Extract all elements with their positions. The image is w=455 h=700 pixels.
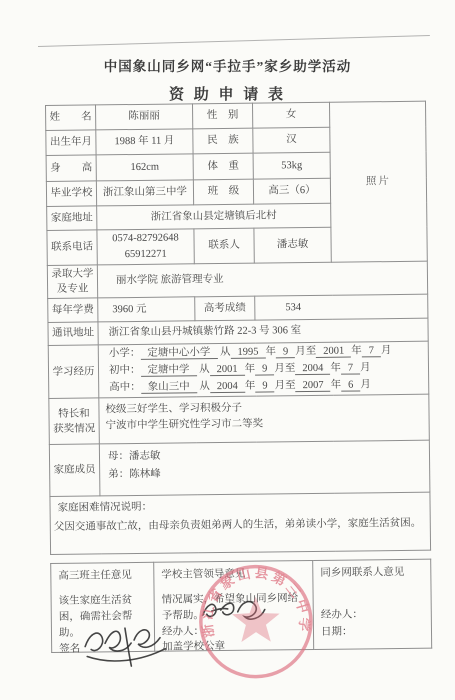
name-value: 陈丽丽 — [96, 104, 193, 130]
birth-label: 出生年月 — [46, 130, 96, 156]
main-table: 姓 名 陈丽丽 性 别 女 照片 出生年月 1988 年 11 月 民 族 汉 … — [45, 101, 431, 556]
scanned-application-form: 中国象山同乡网“手拉手”家乡助学活动 资 助 申 请 表 姓 名 陈丽丽 性 别… — [0, 0, 455, 700]
scan-artifact-line — [38, 35, 430, 47]
tuition-value: 3960 元 — [98, 297, 195, 322]
award-line: 宁波市中学生研究性学习市二等奖 — [106, 414, 426, 433]
tuition-label: 每年学费 — [48, 298, 98, 323]
height-value: 162cm — [96, 154, 193, 181]
seal-star-icon — [232, 596, 280, 642]
ethnic-label: 民 族 — [193, 128, 253, 154]
teacher-opinion-cell: 高三班主任意见 该生家庭生活贫困，确需社会帮助。 签名 — [51, 563, 155, 653]
awards-value: 校级三好学生、学习积极分子 宁波市中学生研究性学习市二等奖 — [99, 394, 430, 444]
grad-school-label: 毕业学校 — [46, 181, 96, 207]
form-sheet: 姓 名 陈丽丽 性 别 女 照片 出生年月 1988 年 11 月 民 族 汉 … — [45, 101, 431, 654]
school-official-seal: 浙江省象山县第三中学 — [195, 561, 316, 682]
home-address-label: 家庭地址 — [47, 206, 97, 231]
row-difficulty: 家庭困难情况说明： 父因交通事故亡故，由母亲负责姐弟两人的生活，弟弟读小学，家庭… — [50, 492, 431, 554]
height-label: 身 高 — [46, 155, 96, 182]
row-study-history: 学习经历 小学：定塘中心小学 从1995年9月至2001年7月初中：定塘中学 从… — [48, 341, 429, 399]
mail-address-label: 通讯地址 — [48, 322, 98, 346]
network-date-label: 日期： — [321, 623, 424, 642]
teacher-opinion-text: 该生家庭生活贫困，确需社会帮助。 — [59, 592, 148, 642]
score-value: 534 — [255, 294, 428, 320]
gender-label: 性 别 — [192, 103, 252, 129]
study-history-label: 学习经历 — [48, 345, 99, 399]
gender-value: 女 — [252, 102, 329, 128]
birth-value: 1988 年 11 月 — [96, 129, 193, 155]
row-college: 录取大学 及专业 丽水学院 旅游管理专业 — [47, 261, 427, 299]
photo-cell: 照片 — [329, 101, 427, 262]
difficulty-cell: 家庭困难情况说明： 父因交通事故亡故，由母亲负责姐弟两人的生活，弟弟读小学，家庭… — [50, 492, 431, 554]
network-opinion-title: 同乡网联系人意见 — [320, 565, 423, 581]
family-label: 家庭成员 — [49, 444, 100, 497]
class-value: 高三（6） — [253, 178, 330, 204]
contact-label: 联系人 — [194, 228, 254, 263]
row-awards: 特长和 获奖情况 校级三好学生、学习积极分子 宁波市中学生研究性学习市二等奖 — [49, 394, 429, 444]
score-label: 高考成绩 — [195, 296, 255, 321]
row-family: 家庭成员 母：潘志敏 弟：陈林峰 — [49, 440, 430, 496]
grad-school-value: 浙江象山第三中学 — [96, 180, 193, 206]
teacher-opinion-title: 高三班主任意见 — [58, 568, 146, 584]
difficulty-text: 父因交通事故亡故，由母亲负责姐弟两人的生活，弟弟读小学，家庭生活贫困。 — [54, 515, 427, 534]
phone-line1: 0574-82792648 — [100, 230, 190, 247]
weight-value: 53kg — [253, 152, 330, 179]
form-title: 中国象山同乡网“手拉手”家乡助学活动 — [0, 55, 455, 75]
home-address-value: 浙江省象山县定塘镇后北村 — [97, 203, 331, 230]
college-value: 丽水学院 旅游管理专业 — [97, 261, 427, 298]
network-agent-label: 经办人： — [321, 605, 424, 624]
teacher-sign-label: 签名 — [59, 642, 80, 657]
class-label: 班 级 — [193, 179, 253, 205]
phone-line2: 65912271 — [101, 246, 191, 263]
contact-value: 潘志敏 — [254, 227, 331, 262]
phone-label: 联系电话 — [47, 230, 97, 265]
network-opinion-cell: 同乡网联系人意见 经办人： 日期： — [313, 559, 432, 649]
study-line: 小学：定塘中心小学 从1995年9月至2001年7月 — [109, 343, 425, 363]
college-label: 录取大学 及专业 — [47, 264, 97, 298]
study-line: 高中：象山三中 从2004年9月至2007年6月 — [109, 376, 425, 396]
phone-value: 0574-82792648 65912271 — [97, 229, 194, 265]
name-label: 姓 名 — [46, 105, 96, 131]
study-lines: 小学：定塘中心小学 从1995年9月至2001年7月初中：定塘中学 从2001年… — [98, 341, 429, 398]
ethnic-value: 汉 — [253, 127, 330, 153]
family-member: 弟：陈林峰 — [108, 463, 426, 484]
weight-label: 体 重 — [193, 153, 253, 180]
family-value: 母：潘志敏 弟：陈林峰 — [99, 440, 430, 496]
difficulty-label: 家庭困难情况说明： — [53, 497, 426, 516]
row-name: 姓 名 陈丽丽 性 别 女 照片 — [46, 101, 426, 130]
awards-label: 特长和 获奖情况 — [49, 398, 100, 445]
